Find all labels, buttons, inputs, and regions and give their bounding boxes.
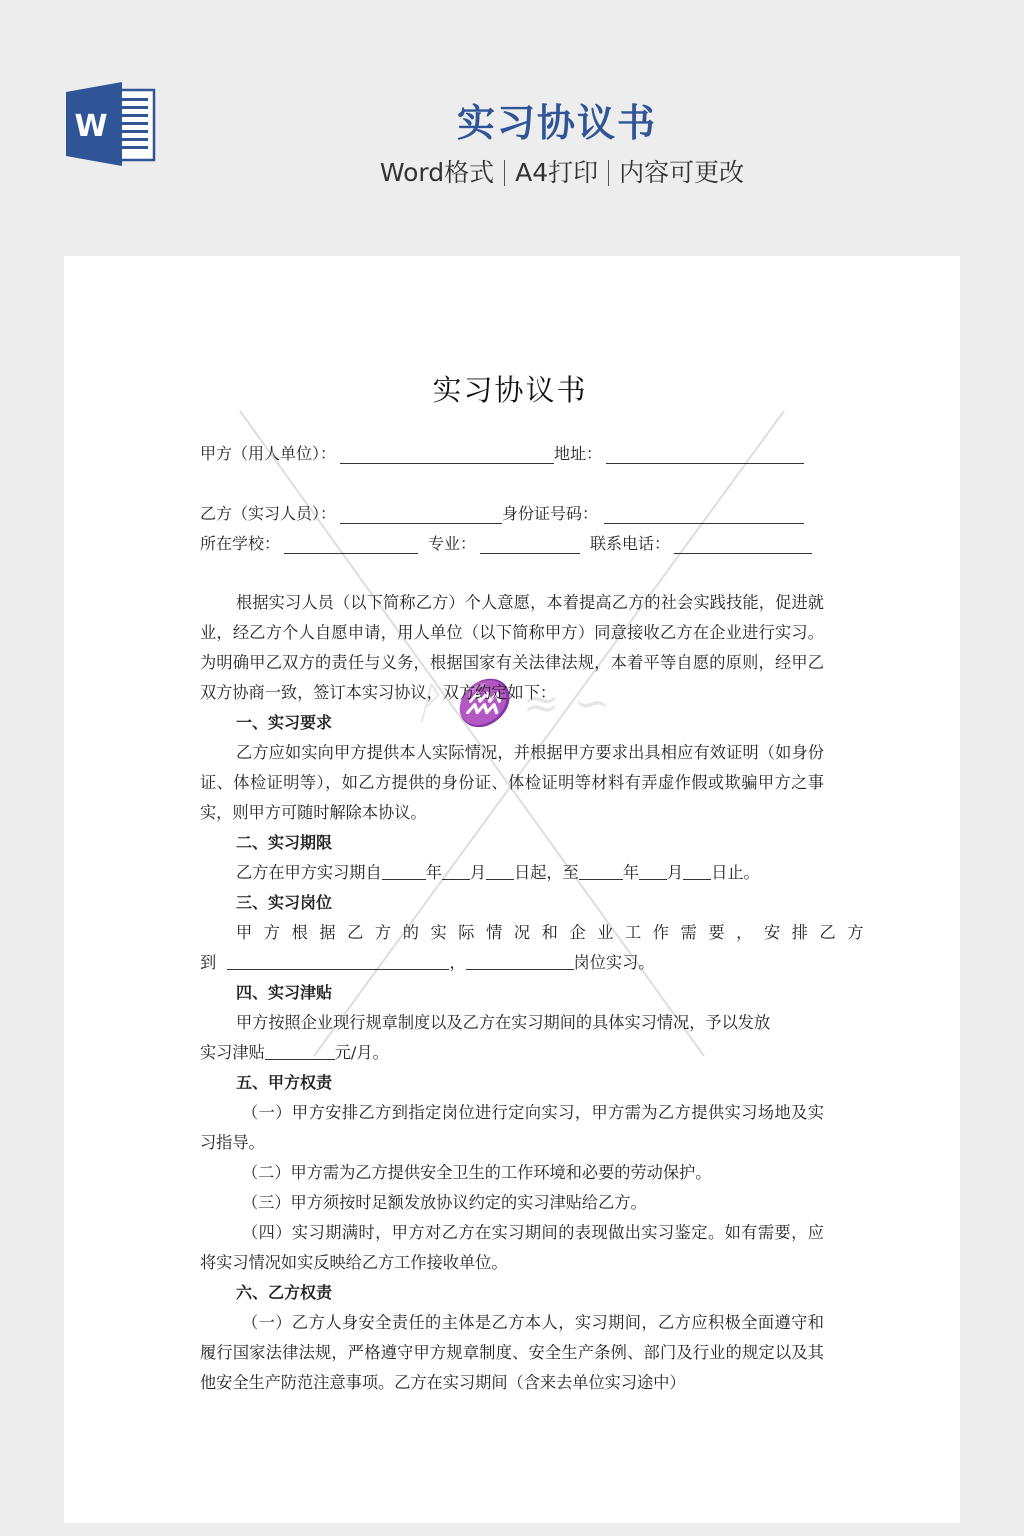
section-5-item-3: （三）甲方须按时足额发放协议约定的实习津贴给乙方。 [200,1188,824,1218]
section-4-line1: 甲方按照企业现行规章制度以及乙方在实习期间的具体实习情况，予以发放 [236,1008,860,1038]
major-field[interactable] [480,535,580,554]
subtitle-print: A4打印 [515,158,598,187]
document-page: ᚹ ♒ ≈ ∽ 实习协议书 甲方（用人单位）： 地址： 乙方（实习人员）： 身份… [64,256,960,1523]
month-label: 月 [667,863,683,882]
phone-label: 联系电话： [590,531,670,554]
document-title: 实习协议书 [200,368,820,409]
subtitle-format: Word格式 [380,158,494,187]
section-2-period: 乙方在甲方实习期自年月日起，至年月日止。 [236,858,860,888]
period-prefix: 乙方在甲方实习期自 [236,863,382,882]
party-a-field[interactable] [340,445,554,464]
section-1-heading: 一、实习要求 [236,708,332,738]
section-3-heading: 三、实习岗位 [236,888,332,918]
subtitle-editable: 内容可更改 [619,158,744,187]
to-label: 到 [200,953,216,972]
party-a-row: 甲方（用人单位）： 地址： [200,440,824,464]
section-5-item-4: （四）实习期满时，甲方对乙方在实习期间的表现做出实习鉴定。如有需要，应将实习情况… [200,1218,824,1278]
section-3-line1: 甲方根据乙方的实际情况和企业工作需要，安排乙方 [236,918,860,948]
address-label: 地址： [554,441,602,464]
party-b-label: 乙方（实习人员）： [200,501,336,524]
school-row: 所在学校： 专业： 联系电话： [200,530,824,554]
id-label: 身份证号码： [502,501,598,524]
section-4-heading: 四、实习津贴 [236,978,332,1008]
end-month-field[interactable] [639,859,667,880]
start-month-field[interactable] [442,859,470,880]
banner-title: 实习协议书 [0,92,1024,147]
school-label: 所在学校： [200,531,280,554]
party-b-field[interactable] [340,505,502,524]
major-label: 专业： [428,531,476,554]
section-6-item-1: （一）乙方人身安全责任的主体是乙方本人，实习期间，乙方应积极全面遵守和履行国家法… [200,1308,824,1398]
section-5-item-2: （二）甲方需为乙方提供安全卫生的工作环境和必要的劳动保护。 [200,1158,824,1188]
position-field[interactable] [466,949,574,970]
day-start-label: 日起，至 [514,863,579,882]
department-field[interactable] [227,949,449,970]
start-year-field[interactable] [382,859,426,880]
section-5-item-1: （一）甲方安排乙方到指定岗位进行定向实习，甲方需为乙方提供实习场地及实习指导。 [200,1098,824,1158]
id-number-field[interactable] [604,505,804,524]
separator [608,160,609,186]
party-b-row: 乙方（实习人员）： 身份证号码： [200,500,824,524]
phone-field[interactable] [674,535,812,554]
school-field[interactable] [284,535,418,554]
allowance-unit: 元/月。 [335,1043,389,1062]
section-5-heading: 五、甲方权责 [236,1068,332,1098]
end-day-field[interactable] [683,859,711,880]
start-day-field[interactable] [486,859,514,880]
separator [504,160,505,186]
intro-paragraph: 根据实习人员（以下简称乙方）个人意愿，本着提高乙方的社会实践技能，促进就业，经乙… [200,588,824,708]
position-suffix: 岗位实习。 [574,953,655,972]
banner-subtitle: Word格式A4打印内容可更改 [0,153,1024,189]
year-label: 年 [623,863,639,882]
section-4-line2: 实习津贴元/月。 [200,1038,824,1068]
allowance-label: 实习津贴 [200,1043,265,1062]
party-a-label: 甲方（用人单位）： [200,441,336,464]
section-6-heading: 六、乙方权责 [236,1278,332,1308]
section-3-line2: 到 ，岗位实习。 [200,948,824,978]
section-2-heading: 二、实习期限 [236,828,332,858]
comma: ， [449,953,465,972]
end-year-field[interactable] [579,859,623,880]
allowance-field[interactable] [265,1039,335,1060]
day-end-label: 日止。 [711,863,760,882]
address-field[interactable] [606,445,804,464]
month-label: 月 [470,863,486,882]
year-label: 年 [426,863,442,882]
section-1-body: 乙方应如实向甲方提供本人实际情况，并根据甲方要求出具相应有效证明（如身份证、体检… [200,738,824,828]
